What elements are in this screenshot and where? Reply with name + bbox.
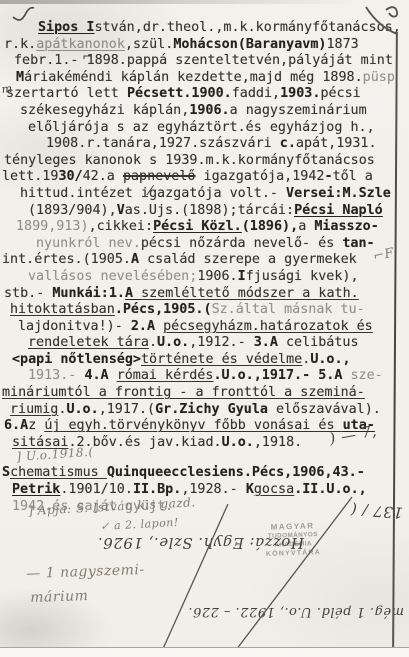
typewritten-line: nyunkról nev.pécsi nőzárda nevelő- és ta…: [2, 236, 402, 253]
typewritten-segment: A: [131, 252, 139, 267]
typewritten-segment: papnevelő: [123, 169, 196, 184]
typewritten-segment: aranyavm): [254, 37, 327, 52]
typewritten-segment: 1908.r.tanára,1927.szászvári: [46, 136, 280, 151]
typewritten-line: vallásos nevelésében;1906.Ifjusági kvek)…: [2, 269, 402, 286]
typewritten-segment: Petrik: [12, 482, 60, 497]
typewritten-segment: 6.A: [4, 418, 28, 433]
handwritten-rotated-1926: Hozzá: Egyh. Szle., 1926.: [14, 534, 304, 552]
typewritten-segment: .Pécs,1906,43.-: [244, 465, 365, 480]
typewritten-segment: 42.a: [83, 169, 123, 184]
typewritten-line: 1899,913),cikkei:Pécsi Közl.(1896),a Mia…: [2, 219, 402, 236]
typewritten-segment: I: [238, 269, 246, 284]
typewritten-segment: A: [125, 286, 141, 301]
typewritten-segment: lajdonitva!)-: [18, 319, 131, 334]
handwritten-lapon-note: ✓ a 2. lapon!: [100, 516, 179, 533]
typewritten-segment: Pécsi Közl.: [153, 219, 242, 234]
typewritten-segment: előszavával).: [268, 402, 381, 417]
typewritten-segment: ,szül.: [125, 37, 173, 52]
typewritten-segment: .1901/10.: [60, 482, 133, 497]
typewritten-segment: nyunkról nev.: [36, 236, 141, 251]
typewritten-line: lajdonitva!)- 2.A pécsegyházm.határozato…: [2, 319, 402, 336]
typewritten-segment: apát,1931.: [296, 136, 377, 151]
typewritten-segment: stb.-: [4, 286, 52, 301]
typewritten-segment: család szerepe a gyermekek: [139, 252, 357, 267]
typewritten-segment: 1903.: [280, 86, 320, 101]
typewritten-line: mináriumtól a frontig - a fronttól a sze…: [2, 385, 402, 402]
typewritten-segment: pécsi nőzárda nevelő- és: [141, 236, 343, 251]
typewritten-segment: K: [246, 482, 254, 497]
typewritten-segment: U.o.: [157, 335, 189, 350]
typewritten-segment: áriakéméndi káplán kezdette,majd még 189…: [24, 70, 363, 85]
typewritten-segment: fjusági kvek),: [246, 269, 359, 284]
typewritten-segment: a: [298, 219, 314, 234]
typewritten-segment: r.k.: [4, 37, 36, 52]
typewritten-line: 1913.- 4.A római kérdés.U.o.,1917.- 5.A …: [2, 368, 402, 385]
typewritten-segment: 5.A: [318, 368, 350, 383]
typewritten-line: tényleges kanonok s 1939.m.k.kormányfőta…: [2, 153, 402, 170]
typewritten-segment: stván,: [94, 20, 142, 35]
typewritten-segment: int.értes.(1905.: [2, 252, 131, 267]
typewritten-segment: Miasszo-: [314, 219, 379, 234]
typewritten-segment: lett.19: [2, 169, 58, 184]
checkmark-icon: [13, 8, 34, 20]
typewritten-line: Sipos István,dr.theol.,m.k.kormányfőtaná…: [2, 20, 402, 37]
typewritten-segment: püsp: [363, 70, 395, 85]
typewritten-line: <papi nőtlenség>története és védelme.U.o…: [2, 352, 402, 369]
typewritten-segment: apátkanonok: [36, 37, 125, 52]
typewritten-segment: 1906.: [189, 103, 229, 118]
typewritten-segment: <papi nőtlenség>: [12, 352, 141, 367]
typewritten-segment: Quinqueecclesiens: [107, 465, 244, 480]
typewritten-segment: 1899,913): [16, 219, 89, 234]
typewritten-segment: pécsi: [320, 86, 360, 101]
typewritten-line: székesegyházi káplán,1906.a nagyszeminár…: [2, 103, 402, 120]
typewritten-line: r.k.apátkanonok,szül.Mohácson(Baranyavm)…: [2, 37, 402, 54]
typewritten-segment: Mohácson: [173, 37, 238, 52]
handwritten-rotated-1922: még. 1 péld. U.o., 1922. – 226.: [152, 604, 404, 619]
typewritten-segment: 2.A: [131, 319, 163, 334]
scanned-document-page: Sipos István,dr.theol.,m.k.kormányfőtaná…: [0, 0, 409, 657]
typewritten-segment: U.o.: [66, 402, 98, 417]
typewritten-segment: .II.U.o.,: [294, 482, 367, 497]
typewritten-segment: története és védelme: [141, 352, 302, 367]
typewritten-segment: mináriumtól a frontig - a fronttól a sze…: [2, 385, 365, 400]
typewritten-line: (1893/904),Vas.Ujs.(1898);tárcái:Pécsi N…: [2, 203, 402, 220]
handwritten-nagyszem-line2: márium: [30, 588, 89, 606]
typewritten-segment: M: [16, 70, 24, 85]
typewritten-segment: új egyh.törvénykönyv főbb vonásai és: [44, 418, 342, 433]
typewritten-segment: .U.o.,1917.-: [213, 368, 318, 383]
typewritten-line: stb.- Munkái:1.A szemléltető módszer a k…: [2, 286, 402, 303]
typewritten-line: Máriakéméndi káplán kezdette,majd még 18…: [2, 70, 402, 87]
scan-background-strip: [0, 648, 409, 657]
typewritten-segment: sze-: [351, 368, 383, 383]
typewritten-line: 1908.r.tanára,1927.szászvári c.apát,1931…: [2, 136, 402, 153]
typewritten-segment: gocsa: [254, 482, 294, 497]
typewritten-segment: (B: [238, 37, 254, 52]
typewritten-segment: febr.1.-: [14, 53, 87, 68]
typewritten-segment: Versei:M.Szle: [286, 186, 391, 201]
typewritten-segment: tényleges kanonok s 1939.m.k.kormányfőta…: [4, 153, 375, 168]
typewritten-line: riumig.U.o.,1917.(Gr.Zichy Gyula előszav…: [2, 402, 402, 419]
typewritten-segment: vallásos nevelésében;: [28, 269, 197, 284]
typewritten-segment: 30/: [58, 169, 82, 184]
typewritten-segment: U.o.: [222, 435, 254, 450]
typewritten-segment: 3.A: [254, 335, 286, 350]
typewritten-segment: római kérdés: [117, 368, 214, 383]
typewritten-line: febr.1.- 1898.pappá szenteltetvén,pályáj…: [2, 53, 402, 70]
typewritten-segment: c.: [280, 136, 296, 151]
typewritten-segment: ,1918.: [254, 435, 302, 450]
typewritten-line: hittud.intézet igazgatója volt.- Versei:…: [2, 186, 402, 203]
typewritten-segment: pécsegyházm.: [163, 319, 260, 334]
typewritten-segment: S: [2, 465, 10, 480]
typewritten-segment: celibátus: [286, 335, 359, 350]
typewritten-segment: rendeletek tára: [28, 335, 149, 350]
typewritten-segment: által másnak tu-: [236, 302, 365, 317]
handwritten-inserted-m: m: [1, 82, 13, 96]
typewritten-segment: től a: [333, 169, 373, 184]
handwritten-bracket-1898: ⌐: [82, 50, 93, 65]
typewritten-segment: V: [117, 203, 125, 218]
typewritten-segment: ,cikkei:: [89, 219, 154, 234]
typewritten-line: előljárója s az egyháztört.és egyházjog …: [2, 120, 402, 137]
typewritten-segment: szertartó lett: [6, 86, 127, 101]
typewritten-segment: előljárója s az egyháztört.és egyházjog …: [28, 120, 375, 135]
typewritten-segment: dr.theol.,m.k.kormányfőtanácsos,: [143, 20, 401, 35]
typewritten-line: Petrik.1901/10.II.Bp.,1928.- Kgocsa.II.U…: [2, 482, 402, 499]
typewritten-line: rendeletek tára.U.o.,1912.- 3.A celibátu…: [2, 335, 402, 352]
typewritten-segment: 4.A: [84, 368, 116, 383]
scan-top-smudge: [0, 0, 360, 4]
typewritten-segment: chematismus: [10, 465, 107, 480]
typewritten-segment: Pécsi Napló: [294, 203, 383, 218]
typewritten-segment: 1.: [109, 286, 125, 301]
typewritten-segment: ,1912.-: [189, 335, 254, 350]
typewritten-segment: 1898.pappá szenteltetvén,pályáját mint: [87, 53, 393, 68]
typewritten-segment: U.o.,: [310, 352, 350, 367]
typewritten-segment: Pécsett.1900.: [127, 86, 232, 101]
typewritten-segment: as.Ujs.(1898);tárcái:: [125, 203, 294, 218]
typewritten-line: int.értes.(1905.A család szerepe a gyerm…: [2, 252, 402, 269]
typewritten-segment: .Pécs,1905.(: [115, 302, 212, 317]
typewritten-segment: (1893/904),: [28, 203, 117, 218]
typewritten-segment: faddi,: [232, 86, 280, 101]
handwritten-nagyszem-line1: — 1 nagyszemi-: [26, 562, 145, 582]
typewritten-segment: Sz.: [212, 302, 236, 317]
typewritten-segment: Munkái:: [52, 286, 108, 301]
typewritten-segment: Sipos: [38, 20, 86, 35]
typewritten-segment: (1896),: [242, 219, 298, 234]
typewritten-line: Schematismus Quinqueecclesiens.Pécs,1906…: [2, 465, 402, 482]
typewritten-line: szertartó lett Pécsett.1900.faddi,1903.p…: [2, 86, 402, 103]
typewritten-segment: a nagyszeminárium: [230, 103, 367, 118]
typewritten-segment: tan-: [342, 236, 374, 251]
typewritten-segment: Gr.Zichy Gyula: [155, 402, 268, 417]
typewritten-segment: riumig: [10, 402, 58, 417]
typewritten-line: hitoktatásban.Pécs,1905.(Sz.által másnak…: [2, 302, 402, 319]
typewritten-segment: -: [325, 169, 333, 184]
typewritten-segment: hitoktatásban: [10, 302, 115, 317]
typewritten-segment: 1873: [327, 37, 359, 52]
typewritten-segment: 1913.-: [28, 368, 76, 383]
typewritten-segment: székesegyházi káplán,: [20, 103, 189, 118]
typewritten-segment: 1906.: [197, 269, 237, 284]
typewritten-segment: II.Bp.: [133, 482, 181, 497]
typewritten-segment: igazgatója,1942: [196, 169, 325, 184]
typewritten-segment: szemléltető módszer a kath.: [141, 286, 359, 301]
typewritten-segment: határozatok és: [260, 319, 373, 334]
handwritten-rotated-137: 137 / (: [347, 500, 403, 522]
typewritten-line: lett.1930/42.a papnevelő igazgatója,1942…: [2, 169, 402, 186]
typewritten-segment: z: [28, 418, 44, 433]
typewritten-segment: ,1917.(: [99, 402, 155, 417]
typewritten-segment: .: [149, 335, 157, 350]
